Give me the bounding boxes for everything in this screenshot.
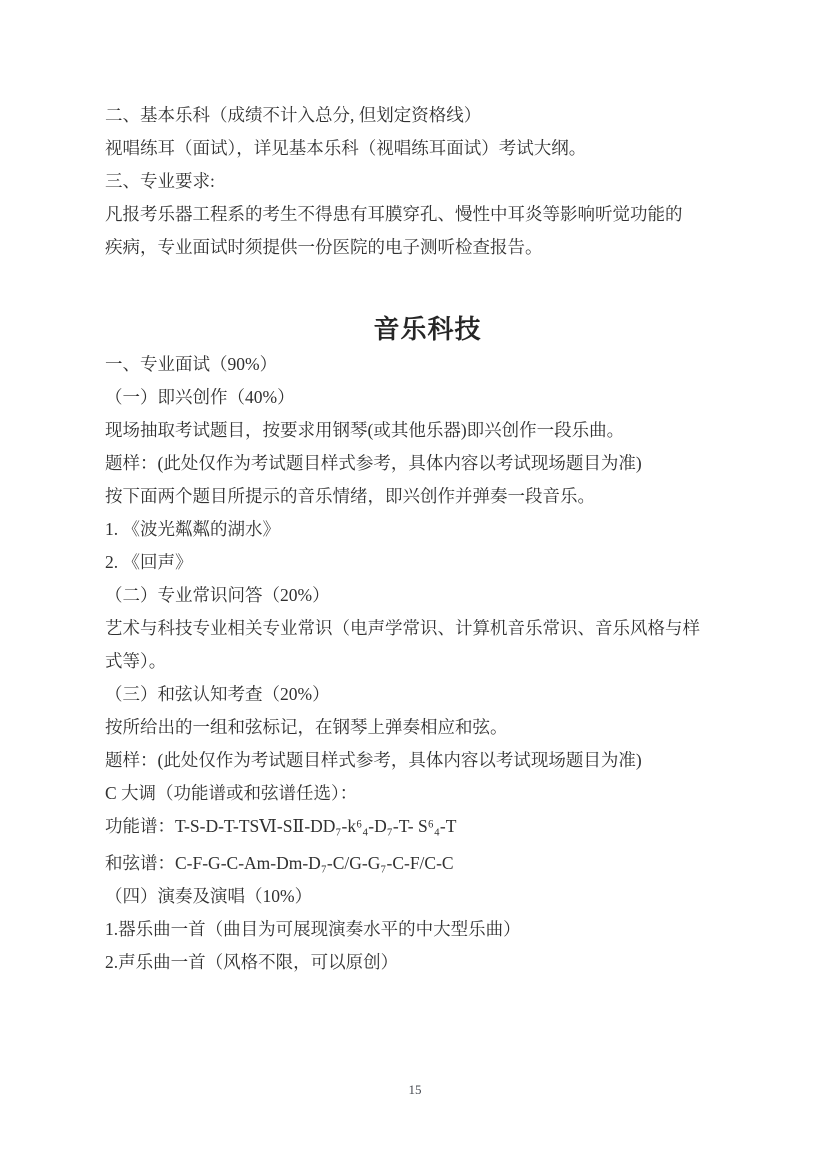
page-number: 15 — [0, 1082, 830, 1098]
section-3-body-line-1: 凡报考乐器工程系的考生不得患有耳膜穿孔、慢性中耳炎等影响听觉功能的 — [105, 198, 750, 231]
page-title: 音乐科技 — [105, 312, 750, 348]
section-2-body: 视唱练耳（面试），详见基本乐科（视唱练耳面试）考试大纲。 — [105, 132, 750, 165]
improv-heading: （一）即兴创作（40%） — [105, 381, 750, 414]
improv-topic-1: 1. 《波光粼粼的湖水》 — [105, 513, 750, 546]
performance-item-2: 2.声乐曲一首（风格不限，可以原创） — [105, 946, 750, 979]
chord-heading: （三）和弦认知考查（20%） — [105, 678, 750, 711]
section-3-heading: 三、专业要求: — [105, 165, 750, 198]
sample-note-2: 题样：(此处仅作为考试题目样式参考，具体内容以考试现场题目为准) — [105, 744, 750, 777]
key-line: C 大调（功能谱或和弦谱任选）： — [105, 777, 750, 810]
sample-note-1: 题样：(此处仅作为考试题目样式参考，具体内容以考试现场题目为准) — [105, 447, 750, 480]
interview-heading: 一、专业面试（90%） — [105, 348, 750, 381]
document-content: 二、基本乐科（成绩不计入总分, 但划定资格线） 视唱练耳（面试），详见基本乐科（… — [105, 99, 750, 979]
performance-item-1: 1.器乐曲一首（曲目为可展现演奏水平的中大型乐曲） — [105, 913, 750, 946]
improv-instruction: 按下面两个题目所提示的音乐情绪，即兴创作并弹奏一段音乐。 — [105, 480, 750, 513]
improv-desc: 现场抽取考试题目，按要求用钢琴(或其他乐器)即兴创作一段乐曲。 — [105, 414, 750, 447]
knowledge-desc-line-2: 式等）。 — [105, 645, 750, 678]
improv-topic-2: 2. 《回声》 — [105, 546, 750, 579]
function-notation-line: 功能谱：T-S-D-T-TSⅥ-SⅡ-DD₇-k⁶₄-D₇-T- S⁶₄-T — [105, 810, 750, 843]
knowledge-heading: （二）专业常识问答（20%） — [105, 579, 750, 612]
knowledge-desc-line-1: 艺术与科技专业相关专业常识（电声学常识、计算机音乐常识、音乐风格与样 — [105, 612, 750, 645]
chord-desc: 按所给出的一组和弦标记，在钢琴上弹奏相应和弦。 — [105, 711, 750, 744]
performance-heading: （四）演奏及演唱（10%） — [105, 880, 750, 913]
section-2-heading: 二、基本乐科（成绩不计入总分, 但划定资格线） — [105, 99, 750, 132]
chord-notation-line: 和弦谱：C-F-G-C-Am-Dm-D₇-C/G-G₇-C-F/C-C — [105, 847, 750, 880]
document-page: 二、基本乐科（成绩不计入总分, 但划定资格线） 视唱练耳（面试），详见基本乐科（… — [0, 0, 830, 1173]
section-3-body-line-2: 疾病，专业面试时须提供一份医院的电子测听检查报告。 — [105, 231, 750, 264]
